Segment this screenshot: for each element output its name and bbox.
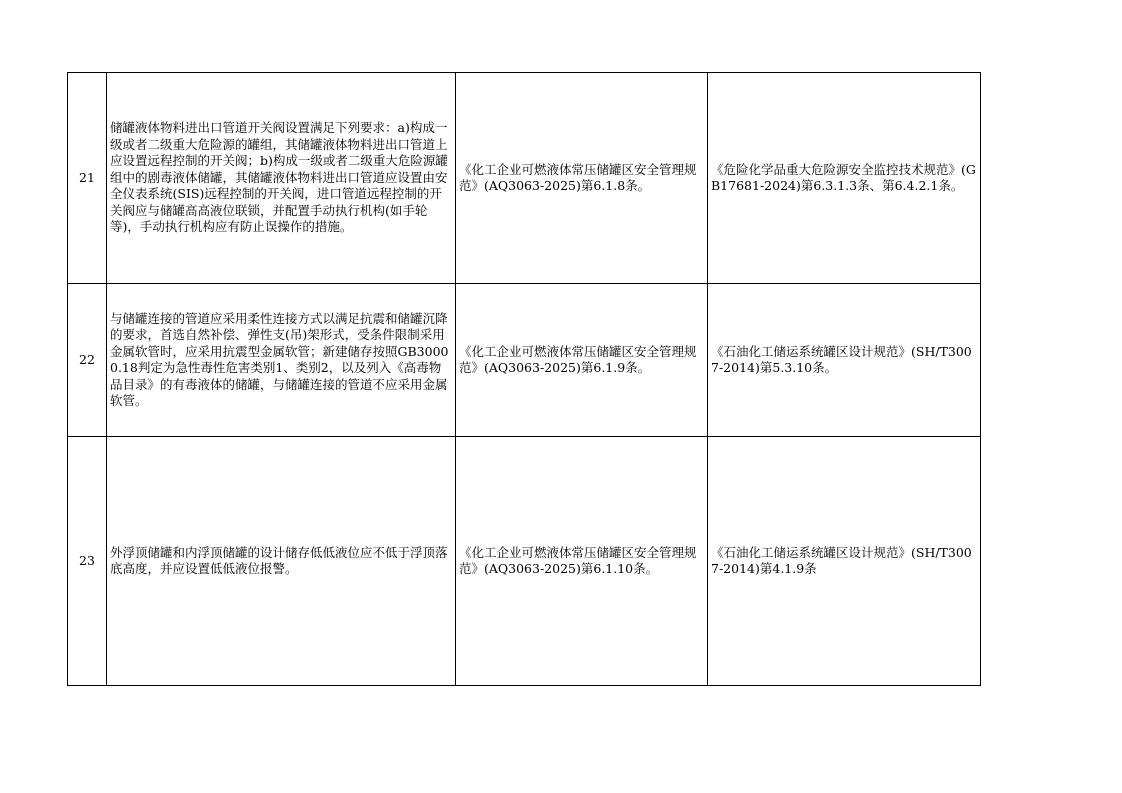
row-number-cell: 21 (68, 73, 107, 284)
regulation-table: 21 储罐液体物料进出口管道开关阀设置满足下列要求：a)构成一级或者二级重大危险… (67, 72, 981, 686)
reference-cell: 《石油化工储运系统罐区设计规范》(SH/T3007-2014)第5.3.10条。 (708, 284, 981, 437)
row-number-cell: 23 (68, 437, 107, 686)
basis-cell: 《化工企业可燃液体常压储罐区安全管理规范》(AQ3063-2025)第6.1.9… (456, 284, 708, 437)
table-row: 22 与储罐连接的管道应采用柔性连接方式以满足抗震和储罐沉降的要求，首选自然补偿… (68, 284, 981, 437)
table-row: 21 储罐液体物料进出口管道开关阀设置满足下列要求：a)构成一级或者二级重大危险… (68, 73, 981, 284)
basis-cell: 《化工企业可燃液体常压储罐区安全管理规范》(AQ3063-2025)第6.1.8… (456, 73, 708, 284)
reference-cell: 《石油化工储运系统罐区设计规范》(SH/T3007-2014)第4.1.9条 (708, 437, 981, 686)
table-row: 23 外浮顶储罐和内浮顶储罐的设计储存低低液位应不低于浮顶落底高度，并应设置低低… (68, 437, 981, 686)
row-number-cell: 22 (68, 284, 107, 437)
requirement-cell: 储罐液体物料进出口管道开关阀设置满足下列要求：a)构成一级或者二级重大危险源的罐… (107, 73, 456, 284)
reference-cell: 《危险化学品重大危险源安全监控技术规范》(GB17681-2024)第6.3.1… (708, 73, 981, 284)
requirement-cell: 与储罐连接的管道应采用柔性连接方式以满足抗震和储罐沉降的要求，首选自然补偿、弹性… (107, 284, 456, 437)
requirement-cell: 外浮顶储罐和内浮顶储罐的设计储存低低液位应不低于浮顶落底高度，并应设置低低液位报… (107, 437, 456, 686)
basis-cell: 《化工企业可燃液体常压储罐区安全管理规范》(AQ3063-2025)第6.1.1… (456, 437, 708, 686)
